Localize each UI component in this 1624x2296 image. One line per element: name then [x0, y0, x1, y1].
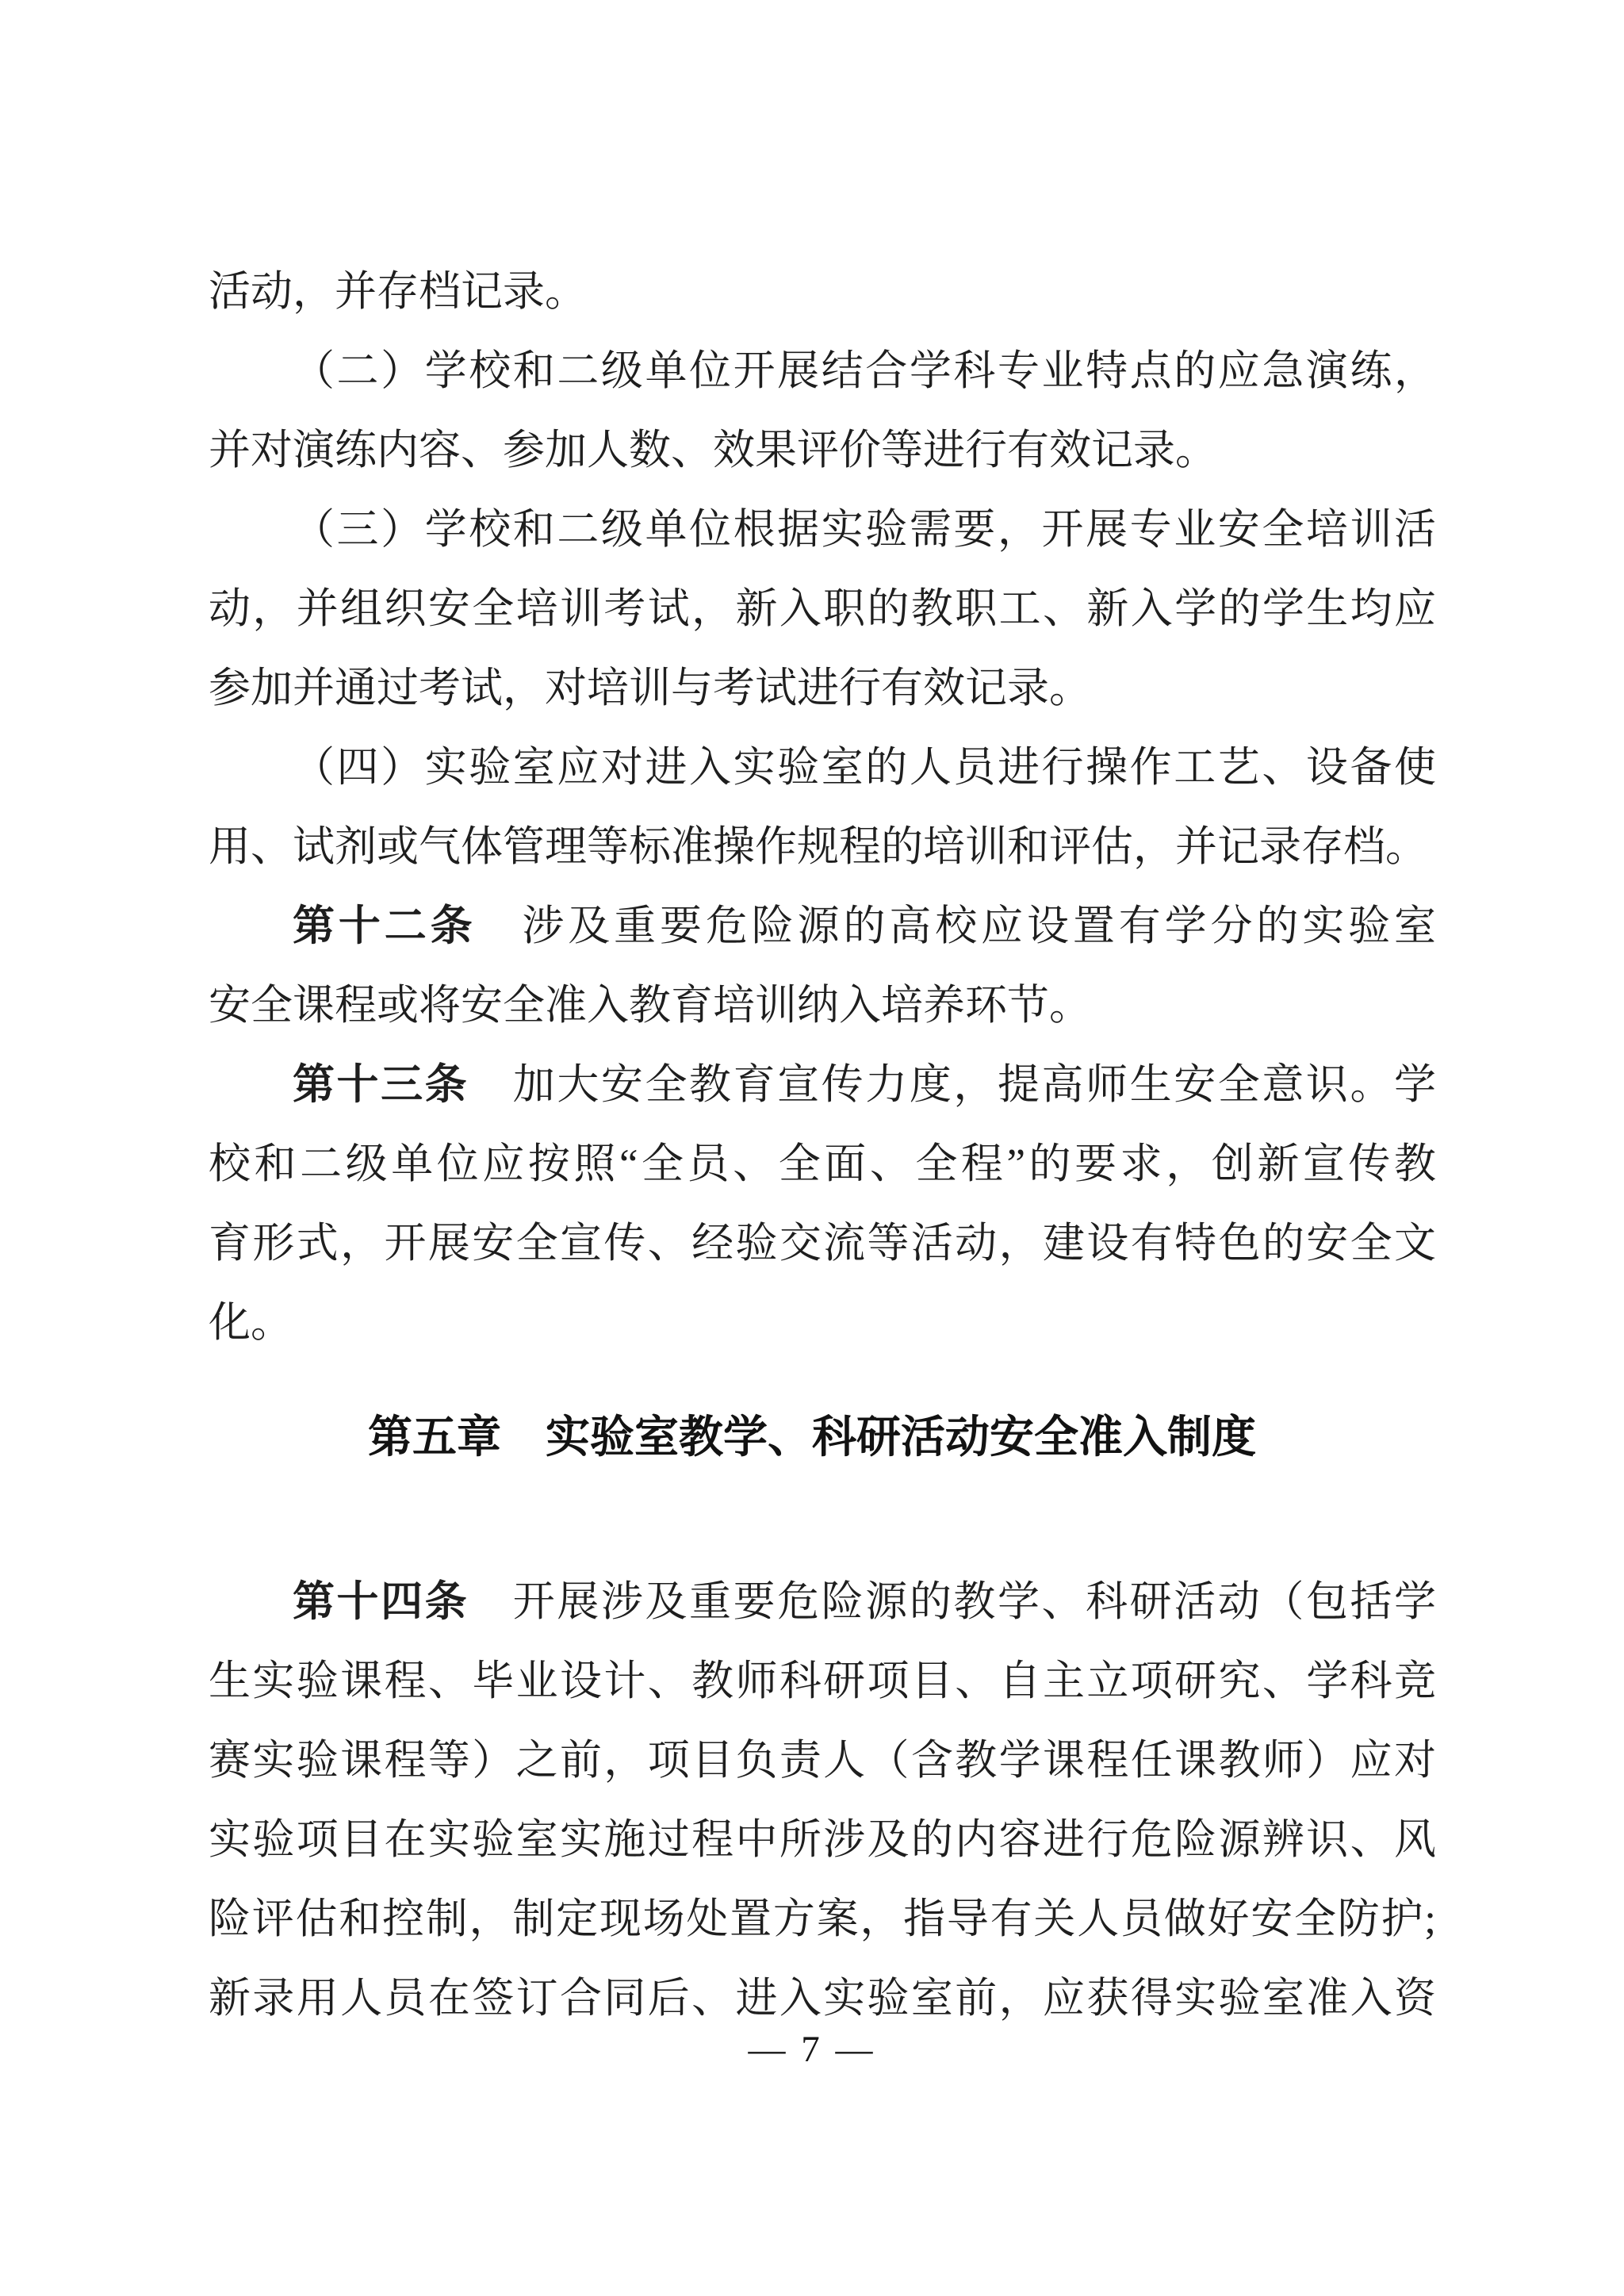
- text-line: 第十二条 涉及重要危险源的高校应设置有学分的实验室: [209, 887, 1436, 966]
- text-line: 化。: [209, 1283, 1436, 1363]
- text-line: 校和二级单位应按照“全员、全面、全程”的要求，创新宣传教: [209, 1125, 1436, 1204]
- article-number: 第十二条: [293, 903, 477, 949]
- text-line: 安全课程或将安全准入教育培训纳入培养环节。: [209, 966, 1436, 1045]
- body-text-upper: 活动，并存档记录。 （二）学校和二级单位开展结合学科专业特点的应急演练， 并对演…: [209, 252, 1436, 1363]
- text-line: 第十三条 加大安全教育宣传力度，提高师生安全意识。学: [209, 1045, 1436, 1125]
- text-line: 生实验课程、毕业设计、教师科研项目、自主立项研究、学科竞: [209, 1642, 1436, 1721]
- document-page: 活动，并存档记录。 （二）学校和二级单位开展结合学科专业特点的应急演练， 并对演…: [0, 0, 1624, 2296]
- body-text-lower: 第十四条 开展涉及重要危险源的教学、科研活动（包括学 生实验课程、毕业设计、教师…: [209, 1562, 1436, 2038]
- text-line: 新录用人员在签订合同后、进入实验室前，应获得实验室准入资: [209, 1959, 1436, 2038]
- page-number: — 7 —: [0, 2029, 1624, 2070]
- text-line: （三）学校和二级单位根据实验需要，开展专业安全培训活: [209, 490, 1436, 569]
- article-text: 开展涉及重要危险源的教学、科研活动（包括学: [469, 1579, 1436, 1625]
- text-line: 赛实验课程等）之前，项目负责人（含教学课程任课教师）应对: [209, 1721, 1436, 1800]
- text-line: 险评估和控制，制定现场处置方案，指导有关人员做好安全防护;: [209, 1880, 1436, 1959]
- text-line: 动，并组织安全培训考试，新入职的教职工、新入学的学生均应: [209, 569, 1436, 649]
- text-line: 实验项目在实验室实施过程中所涉及的内容进行危险源辨识、风: [209, 1800, 1436, 1880]
- text-line: （四）实验室应对进入实验室的人员进行操作工艺、设备使: [209, 728, 1436, 807]
- article-text: 涉及重要危险源的高校应设置有学分的实验室: [477, 903, 1437, 949]
- article-text: 加大安全教育宣传力度，提高师生安全意识。学: [469, 1062, 1436, 1108]
- article-number: 第十三条: [293, 1062, 469, 1108]
- text-line: 参加并通过考试，对培训与考试进行有效记录。: [209, 649, 1436, 728]
- text-line: 用、试剂或气体管理等标准操作规程的培训和评估，并记录存档。: [209, 807, 1436, 887]
- text-line: 第十四条 开展涉及重要危险源的教学、科研活动（包括学: [209, 1562, 1436, 1642]
- text-line: （二）学校和二级单位开展结合学科专业特点的应急演练，: [209, 332, 1436, 411]
- text-line: 活动，并存档记录。: [209, 252, 1436, 332]
- article-number: 第十四条: [293, 1579, 469, 1625]
- text-line: 育形式，开展安全宣传、经验交流等活动，建设有特色的安全文: [209, 1204, 1436, 1283]
- chapter-heading: 第五章 实验室教学、科研活动安全准入制度: [0, 1412, 1624, 1462]
- text-line: 并对演练内容、参加人数、效果评价等进行有效记录。: [209, 411, 1436, 490]
